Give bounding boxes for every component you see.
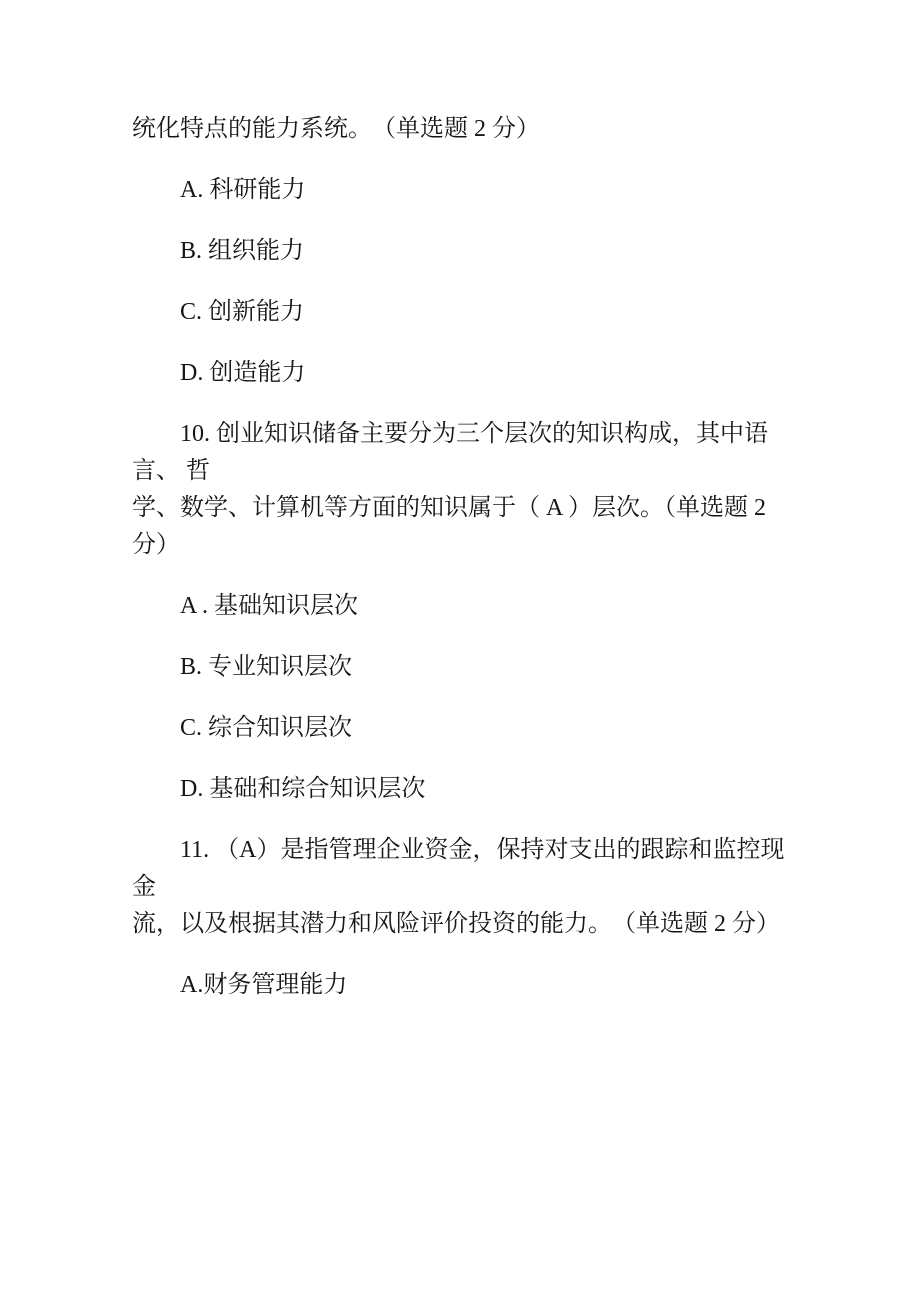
- question-9-option-b-text: B. 组织能力: [132, 233, 792, 270]
- question-10-option-c: C. 综合知识层次: [132, 710, 792, 747]
- question-11-stem: 11. （A）是指管理企业资金，保持对支出的跟踪和监控现金 流，以及根据其潜力和…: [132, 832, 792, 943]
- question-9-stem-continuation-text: 统化特点的能力系统。 （单选题 2 分）: [132, 111, 792, 148]
- question-9-option-a-text: A. 科研能力: [132, 172, 792, 209]
- question-9-option-b: B. 组织能力: [132, 233, 792, 270]
- question-10-option-d-text: D. 基础和综合知识层次: [132, 771, 792, 808]
- question-9-option-d: D. 创造能力: [132, 355, 792, 392]
- question-10-stem-line-2: 学、数学、计算机等方面的知识属于（ A ）层次。（单选题 2 分）: [132, 490, 792, 564]
- question-9-stem: 统化特点的能力系统。 （单选题 2 分）: [132, 111, 792, 148]
- question-10-option-a: A . 基础知识层次: [132, 588, 792, 625]
- question-10-option-c-text: C. 综合知识层次: [132, 710, 792, 747]
- question-11-stem-line-2: 流，以及根据其潜力和风险评价投资的能力。 （单选题 2 分）: [132, 906, 792, 943]
- question-11-option-a-text: A.财务管理能力: [132, 967, 792, 1004]
- question-10-option-d: D. 基础和综合知识层次: [132, 771, 792, 808]
- question-9-option-a: A. 科研能力: [132, 172, 792, 209]
- question-11-stem-line-1: 11. （A）是指管理企业资金，保持对支出的跟踪和监控现金: [132, 832, 792, 906]
- question-10-stem-line-1: 10. 创业知识储备主要分为三个层次的知识构成，其中语言、 哲: [132, 416, 792, 490]
- question-10-stem: 10. 创业知识储备主要分为三个层次的知识构成，其中语言、 哲 学、数学、计算机…: [132, 416, 792, 564]
- question-9-option-d-text: D. 创造能力: [132, 355, 792, 392]
- question-10-option-a-text: A . 基础知识层次: [132, 588, 792, 625]
- question-10-option-b-text: B. 专业知识层次: [132, 649, 792, 686]
- question-10-option-b: B. 专业知识层次: [132, 649, 792, 686]
- question-9-option-c-text: C. 创新能力: [132, 294, 792, 331]
- question-9-option-c: C. 创新能力: [132, 294, 792, 331]
- question-11-option-a: A.财务管理能力: [132, 967, 792, 1004]
- document-page: 统化特点的能力系统。 （单选题 2 分） A. 科研能力 B. 组织能力 C. …: [0, 0, 920, 1303]
